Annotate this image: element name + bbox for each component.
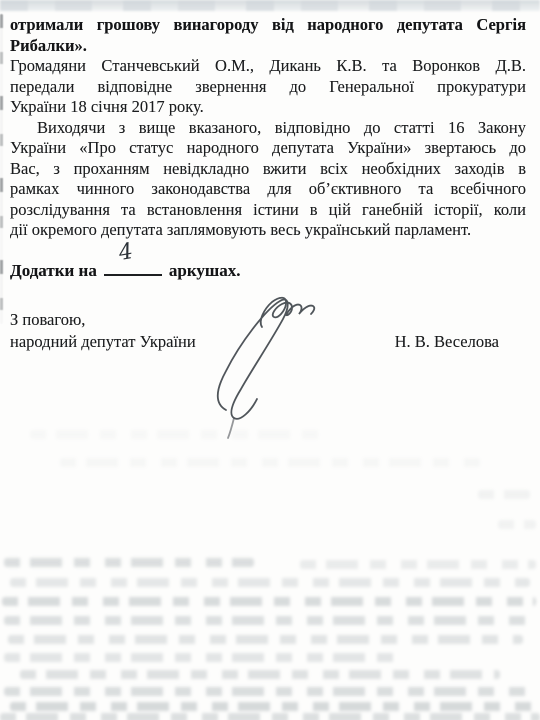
bleedthrough-line bbox=[30, 430, 330, 439]
bleedthrough-line bbox=[60, 458, 480, 467]
scan-noise-top-edge bbox=[0, 0, 540, 11]
attachments-prefix: Додатки на bbox=[10, 261, 97, 280]
bleedthrough-line bbox=[300, 560, 536, 569]
scan-noise-left-edge bbox=[0, 14, 3, 324]
attachments-line: Додатки на4аркушах. bbox=[10, 260, 526, 282]
bleedthrough-line bbox=[10, 702, 534, 711]
text-line: дії окремого депутата заплямовують весь … bbox=[10, 220, 526, 241]
bleedthrough-line bbox=[10, 578, 530, 587]
text-line: Виходячи з вище вказаного, відповідно до… bbox=[10, 118, 526, 139]
bleedthrough-line bbox=[478, 490, 530, 499]
text-line: отримали грошову винагороду від народног… bbox=[10, 15, 526, 36]
bleedthrough-line bbox=[498, 520, 536, 529]
signer-name: Н. В. Веселова bbox=[395, 332, 499, 353]
text-line: розслідування та встановлення істини в ц… bbox=[10, 200, 526, 221]
bleedthrough-line bbox=[20, 670, 500, 679]
signer-title: народний депутат України bbox=[10, 332, 196, 353]
intro-paragraph-bold: отримали грошову винагороду від народног… bbox=[10, 15, 526, 56]
text-line: Громадяни Станчевський О.М., Дикань К.В.… bbox=[10, 56, 526, 77]
bleedthrough-line bbox=[4, 558, 254, 567]
closing-block: З повагою, народний депутат України Н. В… bbox=[10, 310, 526, 352]
bleedthrough-line bbox=[0, 713, 540, 720]
handwritten-count: 4 bbox=[117, 241, 134, 264]
bleedthrough-line bbox=[4, 687, 534, 696]
paragraph-request: Виходячи з вище вказаного, відповідно до… bbox=[10, 118, 526, 241]
closing-salutation: З повагою, bbox=[10, 310, 526, 331]
attachments-suffix: аркушах. bbox=[169, 261, 241, 280]
scanned-letter-page: отримали грошову винагороду від народног… bbox=[0, 0, 540, 720]
text-line: рамках чинного законодавства для об’єкти… bbox=[10, 179, 526, 200]
text-line: України «Про статус народного депутата У… bbox=[10, 138, 526, 159]
attachments-count-blank: 4 bbox=[104, 260, 162, 276]
bleedthrough-line bbox=[4, 616, 534, 625]
bleedthrough-line bbox=[8, 635, 523, 644]
paragraph-appeal-filed: Громадяни Станчевський О.М., Дикань К.В.… bbox=[10, 56, 526, 118]
text-line: Вас, з проханням невідкладно вжити всіх … bbox=[10, 159, 526, 180]
letter-body: отримали грошову винагороду від народног… bbox=[10, 15, 526, 352]
bleedthrough-line bbox=[2, 597, 536, 606]
text-line: України 18 січня 2017 року. bbox=[10, 97, 526, 118]
bleedthrough-line bbox=[4, 653, 404, 662]
text-line: передали відповідне звернення до Генерал… bbox=[10, 77, 526, 98]
text-line: Рибалки». bbox=[10, 36, 526, 57]
